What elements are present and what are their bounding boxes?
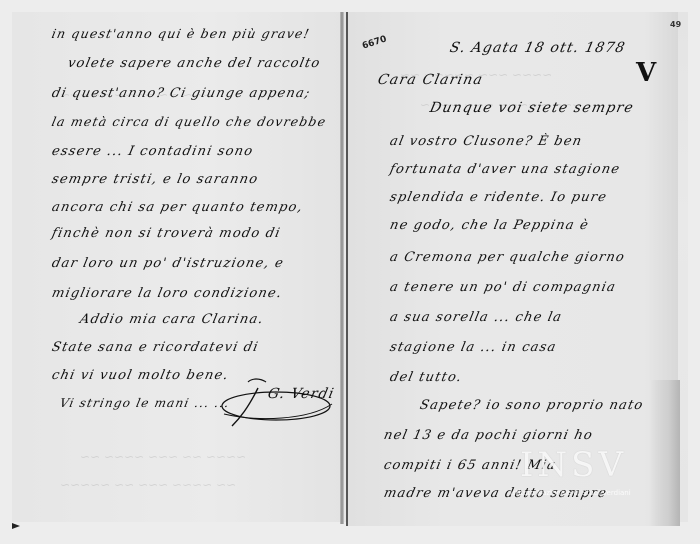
- scan-corner-marker-icon: [12, 523, 20, 529]
- handwritten-line: del tutto.: [388, 370, 463, 385]
- check-mark: V: [636, 58, 656, 88]
- salutation: Cara Clarina: [376, 72, 484, 88]
- handwritten-line: stagione la ... in casa: [388, 340, 558, 355]
- handwritten-line: volete sapere anche del raccolto: [66, 56, 322, 71]
- right-page: [346, 12, 678, 526]
- handwritten-line: a sua sorella ... che la: [388, 310, 563, 325]
- handwritten-line: fortunata d'aver una stagione: [388, 162, 621, 177]
- handwritten-line: ancora chi sa per quanto tempo,: [50, 200, 304, 215]
- letter-scan: ~~~ ~~ ~~~~ ~~~~~ ~~~~ ~~ ~~~ ~~~~ ~~ ~~…: [0, 0, 700, 544]
- handwritten-line: dar loro un po' d'istruzione, e: [50, 256, 285, 271]
- handwritten-line: la metà circa di quello che dovrebbe: [50, 114, 328, 129]
- handwritten-line: a Cremona per qualche giorno: [388, 250, 626, 265]
- folio-number: 49: [670, 20, 681, 29]
- paper-edge-shadow: [650, 380, 680, 526]
- closing-line: Vi stringo le mani ... ...: [59, 396, 232, 410]
- handwritten-line: splendida e ridente. Io pure: [388, 190, 608, 205]
- handwritten-line: compiti i 65 anni! Mia: [382, 458, 557, 473]
- bleed-through-text: ~~ ~~~~ ~~~ ~~ ~~~~~: [60, 478, 236, 492]
- handwritten-line: di quest'anno? Ci giunge appena;: [50, 86, 312, 101]
- signature-text: G. Verdi: [266, 386, 336, 402]
- page-fold: [340, 12, 344, 524]
- handwritten-line: Dunque voi siete sempre: [428, 100, 635, 116]
- handwritten-line: essere ... I contadini sono: [50, 144, 254, 159]
- closing-line: chi vi vuol molto bene.: [50, 368, 230, 383]
- handwritten-line: finchè non si troverà modo di: [50, 226, 282, 241]
- handwritten-line: ne godo, che la Peppina è: [388, 218, 590, 233]
- handwritten-line: a tenere un po' di compagnia: [388, 280, 617, 295]
- handwritten-line: nel 13 e da pochi giorni ho: [382, 428, 594, 443]
- handwritten-line: Sapete? io sono proprio nato: [418, 398, 645, 413]
- bleed-through-text: ~~~~ ~~ ~~~ ~~~~ ~~: [80, 450, 246, 464]
- handwritten-line: madre m'aveva detto sempre: [382, 486, 608, 501]
- dateline: S. Agata 18 ott. 1878: [448, 40, 627, 56]
- handwritten-line: sempre tristi, e lo saranno: [50, 172, 259, 187]
- handwritten-line: in quest'anno qui è ben più grave!: [50, 26, 311, 41]
- closing-line: Addio mia cara Clarina.: [78, 312, 265, 327]
- handwritten-line: al vostro Clusone? È ben: [388, 134, 583, 149]
- handwritten-line: migliorare la loro condizione.: [50, 286, 283, 301]
- closing-line: State sana e ricordatevi di: [50, 340, 260, 355]
- signature: G. Verdi: [218, 378, 338, 428]
